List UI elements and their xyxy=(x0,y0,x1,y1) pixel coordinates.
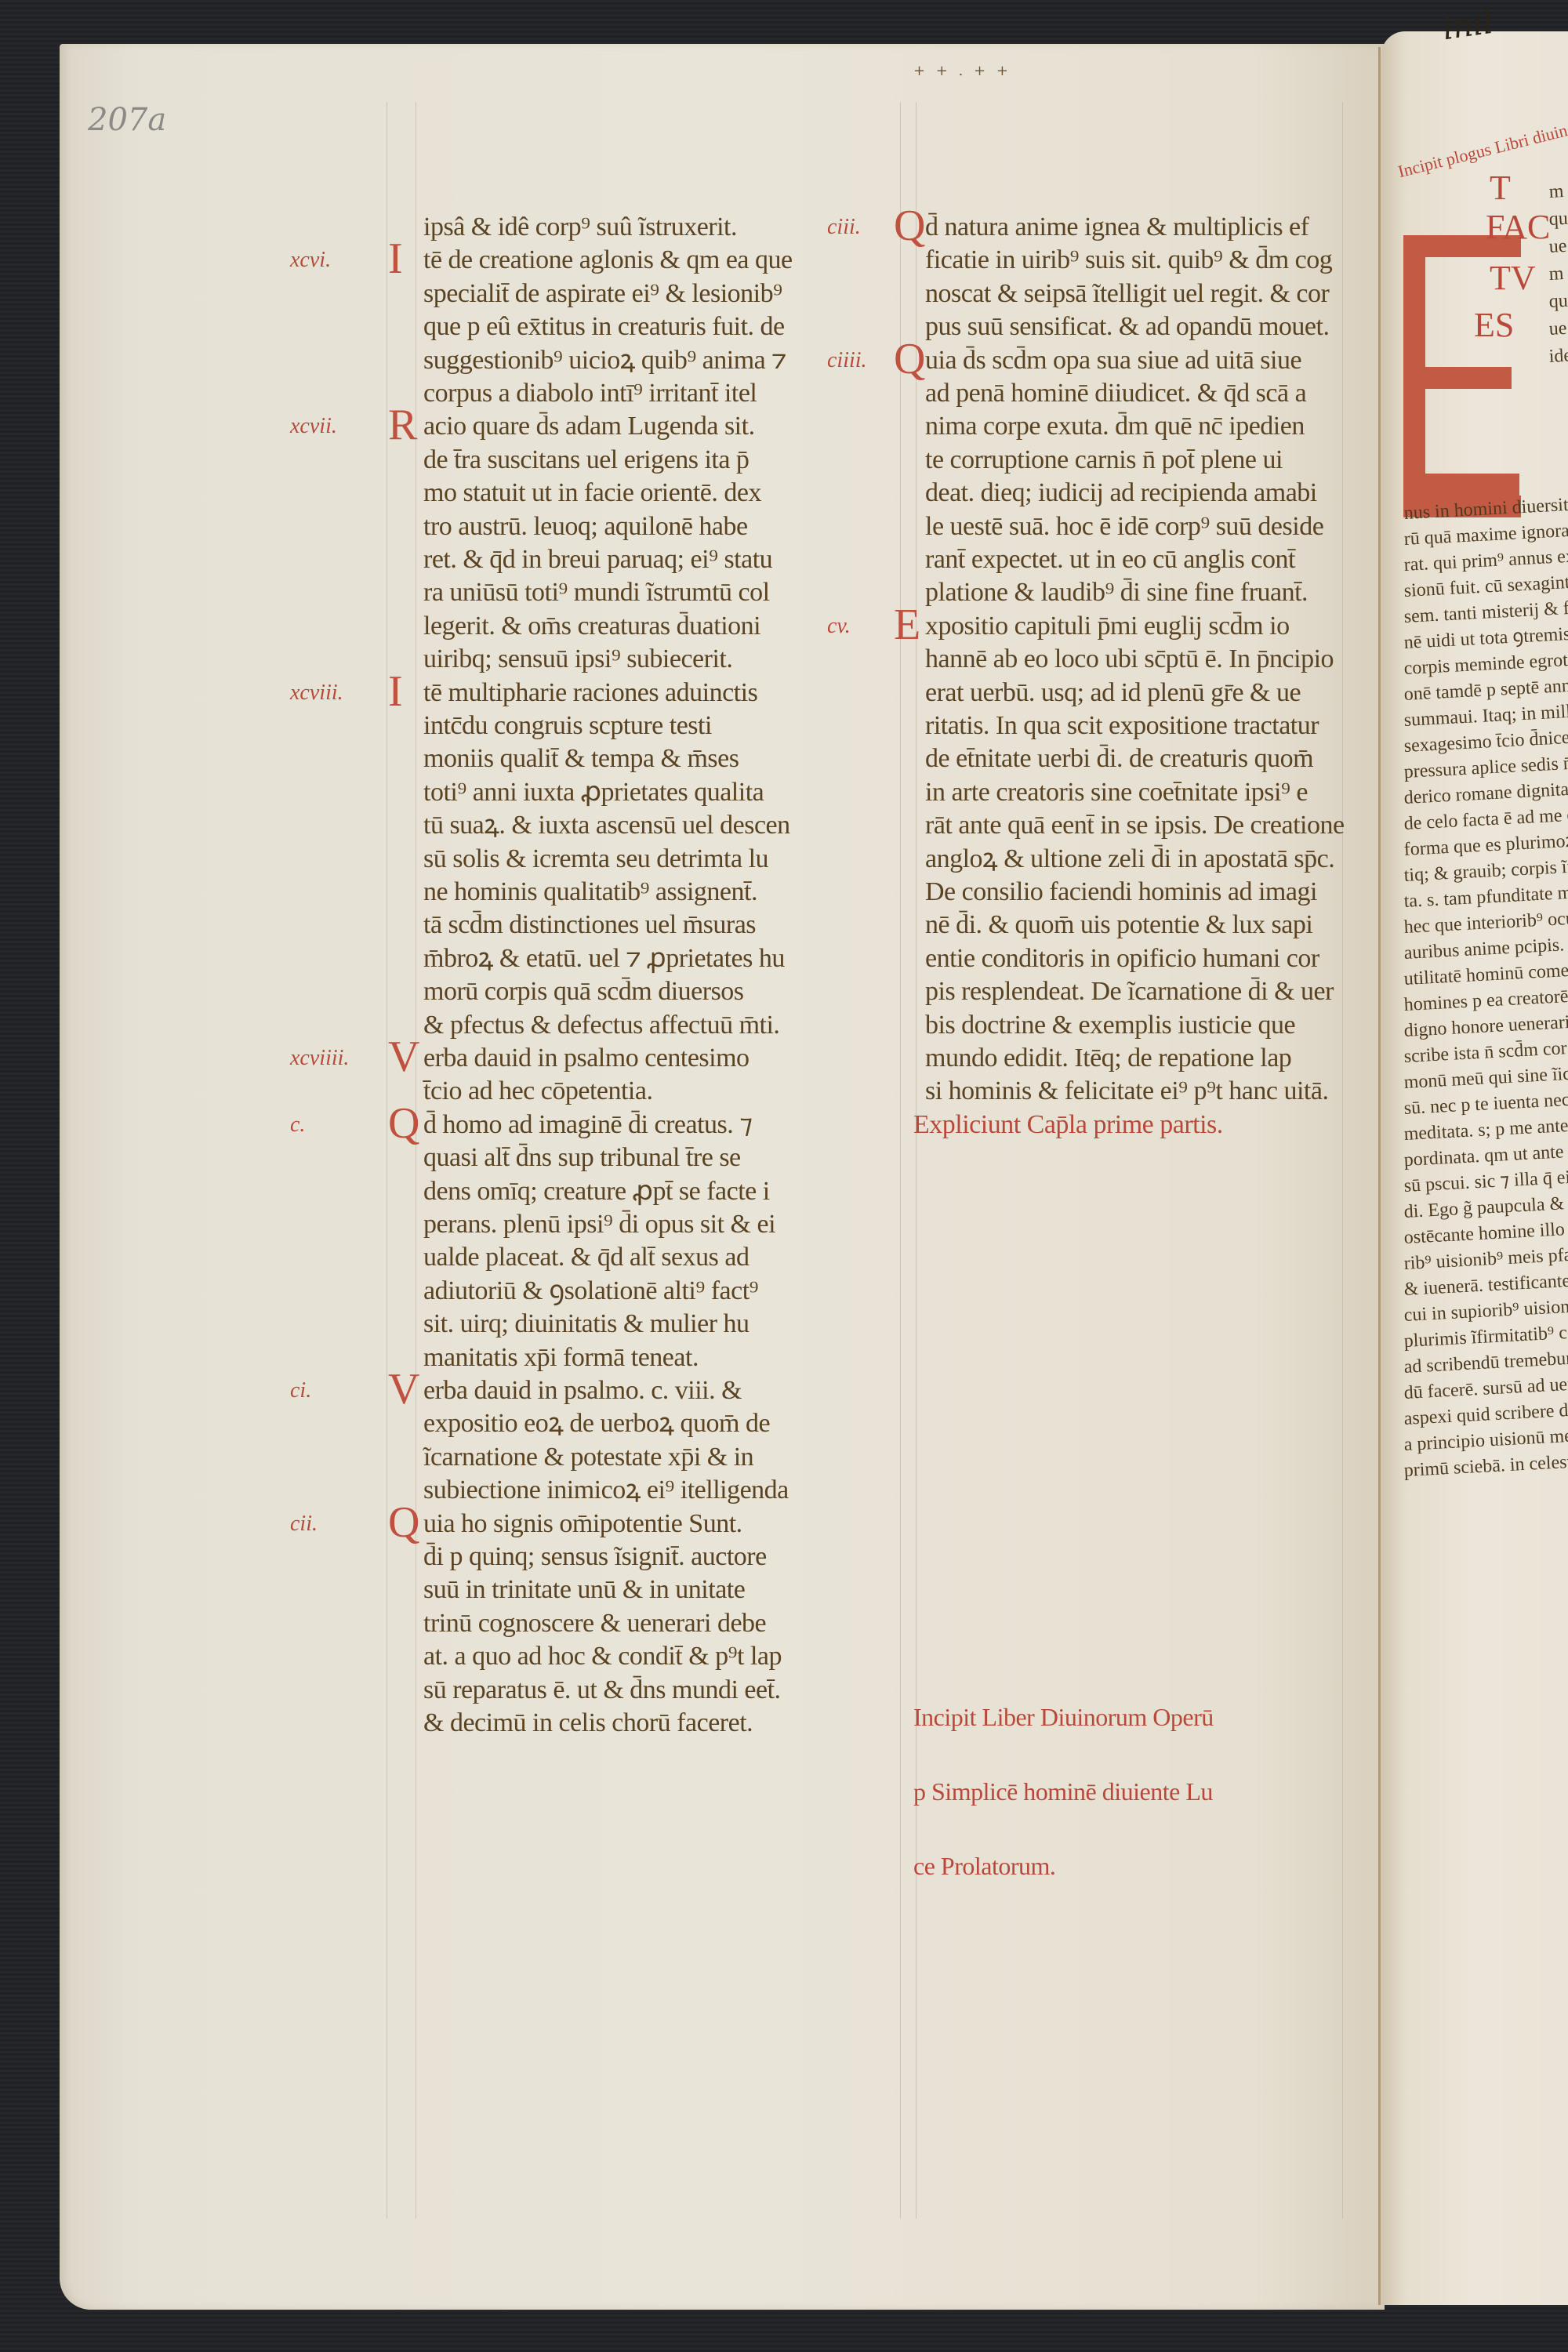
text-line: in arte creatoris sine coet̄nitate ipsi⁹… xyxy=(925,777,1308,808)
text-line: legerit. & om̄s creaturas d̄uationi xyxy=(423,611,760,642)
text-line: ualde placeat. & q̄d alt̄ sexus ad xyxy=(423,1242,749,1273)
rubric-initial: Q xyxy=(388,1501,419,1544)
text-line: uiribq; sensuū ipsi⁹ subiecerit. xyxy=(423,644,732,675)
chapter-number: c. xyxy=(290,1112,305,1138)
text-line: ficatie in uirib⁹ suis sit. quib⁹ & d̄m … xyxy=(925,245,1332,276)
text-line: nima corpe exuta. d̄m quē nc̄ ipedien xyxy=(925,411,1305,442)
text-line: sū solis & icremta seu detrimta lu xyxy=(423,844,768,875)
chapter-number: xcviiii. xyxy=(290,1046,349,1071)
rubric-initial: R xyxy=(388,403,417,447)
text-line: moniis qualit̄ & tempa & m̄ses xyxy=(423,743,739,775)
text-line: suū in trinitate unū & in unitate xyxy=(423,1574,745,1606)
text-line: entie conditoris in opificio humani cor xyxy=(925,943,1319,975)
display-letters: T xyxy=(1490,169,1511,208)
ruling-line xyxy=(900,102,901,2219)
display-letters: ES xyxy=(1474,306,1514,345)
top-margin-mark: + + . + + xyxy=(913,63,1011,79)
text-line: trinū cognoscere & uenerari debe xyxy=(423,1608,766,1639)
incipit-rubric: ce Prolatorum. xyxy=(913,1850,1055,1882)
right-page-line: m xyxy=(1548,180,1564,204)
text-line: rant̄ expectet. ut in eo cū anglis cont̄ xyxy=(925,544,1295,575)
book-gutter xyxy=(1378,47,1381,2305)
explicit-rubric: Expliciunt Cap̄la prime partis. xyxy=(913,1109,1223,1141)
text-line: pis resplendeat. De ĩcarnatione d̄i & ue… xyxy=(925,976,1334,1007)
text-line: intc̄du congruis scpture testi xyxy=(423,710,712,742)
text-line: angloꝝ & ultione zeli d̄i in apostatā sp… xyxy=(925,844,1334,875)
text-line: le uestē suā. hoc ē idē corp⁹ suū deside xyxy=(925,511,1323,543)
right-page-line: ue xyxy=(1548,317,1567,341)
text-line: d̄i p quinq; sensus ĩsignit̄. auctore xyxy=(423,1541,767,1573)
text-line: at. a quo ad hoc & condit̄ & p⁹t lap xyxy=(423,1641,782,1672)
text-line: m̄broꝝ & etatū. uel ⁊ ꝓprietates hu xyxy=(423,943,785,975)
text-line: de et̄nitate uerbi d̄i. de creaturis quo… xyxy=(925,743,1313,775)
text-line: dens omīq; creature ꝓpt̄ se facte i xyxy=(423,1176,770,1207)
text-line: tē multipharie raciones aduinctis xyxy=(423,677,757,709)
text-line: & decimū in celis chorū faceret. xyxy=(423,1708,753,1739)
text-line: sit. uirq; diuinitatis & mulier hu xyxy=(423,1308,750,1340)
rubric-initial: I xyxy=(388,670,403,713)
right-page-line: ue xyxy=(1548,234,1567,259)
text-line: & pfectus & defectus affectuū m̄ti. xyxy=(423,1010,779,1041)
right-page-line: ide xyxy=(1548,343,1568,368)
text-line: deat. dieq; iudicij ad recipienda amabi xyxy=(925,477,1317,509)
text-line: ad penā hominē diiudicet. & q̄d scā a xyxy=(925,378,1306,409)
text-line: noscat & seipsā ĩtelligit uel regit. & c… xyxy=(925,278,1329,310)
text-line: expositio eoꝝ de uerboꝝ quom̄ de xyxy=(423,1408,770,1439)
text-line: tā scd̄m distinctiones uel m̄suras xyxy=(423,909,756,941)
chapter-number: cii. xyxy=(290,1512,318,1537)
text-line: ra uniūsū toti⁹ mundi ĩstrumtū col xyxy=(423,577,770,608)
rubric-initial: V xyxy=(388,1035,419,1079)
rubric-initial: I xyxy=(388,237,403,281)
text-line: te corruptione carnis n̄ pot̄ plene ui xyxy=(925,445,1283,476)
text-line: d̄ homo ad imaginē d̄i creatus. ⁊ xyxy=(423,1109,753,1141)
text-line: ritatis. In qua scit expositione tractat… xyxy=(925,710,1319,742)
folio-number: 207a xyxy=(88,102,166,138)
right-page-line: qu xyxy=(1548,207,1568,231)
ruling-line xyxy=(387,102,387,2219)
right-page-line: m xyxy=(1548,262,1564,286)
rubric-initial: Q xyxy=(388,1102,419,1145)
text-line: ipsâ & idê corp⁹ suû ĩstruxerit. xyxy=(423,212,737,243)
rubric-initial: E xyxy=(894,603,920,647)
text-line: xpositio capituli p̄mi euglij scd̄m io xyxy=(925,611,1290,642)
chapter-number: cv. xyxy=(827,614,851,639)
display-letters: FAC xyxy=(1486,208,1550,247)
text-line: erba dauid in psalmo centesimo xyxy=(423,1043,750,1074)
text-line: sū reparatus ē. ut & d̄ns mundi eet̄. xyxy=(423,1675,781,1706)
text-line: erba dauid in psalmo. c. viii. & xyxy=(423,1375,742,1406)
text-line: quasi alt̄ d̄ns sup tribunal t̄re se xyxy=(423,1142,741,1174)
display-letters: TV xyxy=(1490,259,1536,298)
chapter-number: xcvi. xyxy=(290,248,331,273)
right-page-line: qu xyxy=(1548,289,1568,314)
text-line: platione & laudib⁹ d̄i sine fine fruant̄… xyxy=(925,577,1308,608)
pencil-note: inil xyxy=(1440,5,1495,47)
text-line: pus suū sensificat. & ad opandū mouet. xyxy=(925,311,1329,343)
rubric-initial: Q xyxy=(894,337,925,381)
text-line: tū suaꝝ. & iuxta ascensū uel descen xyxy=(423,810,790,841)
chapter-number: xcvii. xyxy=(290,414,337,439)
ruling-line xyxy=(1342,102,1343,2219)
text-line: morū corpis quā scd̄m diuersos xyxy=(423,976,744,1007)
text-line: nē d̄i. & quom̄ uis potentie & lux sapi xyxy=(925,909,1312,941)
text-line: que p eû ex̄titus in creaturis fuit. de xyxy=(423,311,785,343)
chapter-number: ciii. xyxy=(827,215,861,240)
chapter-number: ci. xyxy=(290,1378,311,1403)
text-line: ne hominis qualitatib⁹ assignent̄. xyxy=(423,877,757,908)
text-line: t̄cio ad hec cōpetentia. xyxy=(423,1076,652,1107)
text-line: rāt ante quā eent̄ in se ipsis. De creat… xyxy=(925,810,1345,841)
text-line: tro austrū. leuoq; aquilonē habe xyxy=(423,511,748,543)
rubric-initial: Q xyxy=(894,204,925,248)
text-line: de t̄ra suscitans uel erigens ita p̄ xyxy=(423,445,749,476)
text-line: specialit̄ de aspirate ei⁹ & lesionib⁹ xyxy=(423,278,782,310)
chapter-number: ciiii. xyxy=(827,348,867,373)
text-line: corpus a diabolo intī⁹ irritant̄ itel xyxy=(423,378,757,409)
text-line: De consilio faciendi hominis ad imagi xyxy=(925,877,1317,908)
text-line: uia ho signis om̄ipotentie Sunt. xyxy=(423,1508,742,1540)
rubric-initial: V xyxy=(388,1367,419,1411)
chapter-number: xcviii. xyxy=(290,681,343,706)
text-line: uia d̄s scd̄m opa sua siue ad uitā siue xyxy=(925,345,1301,376)
text-line: hannē ab eo loco ubi sc̄ptū ē. In p̄ncip… xyxy=(925,644,1334,675)
text-line: ret. & q̄d in breui paruaq; ei⁹ statu xyxy=(423,544,772,575)
text-line: d̄ natura anime ignea & multiplicis ef xyxy=(925,212,1308,243)
text-line: suggestionib⁹ uicioꝝ quib⁹ anima ⁊ xyxy=(423,345,786,376)
ruling-line xyxy=(916,102,916,2219)
text-line: adiutoriū & ꝯsolationē alti⁹ fact⁹ xyxy=(423,1276,758,1307)
text-line: acio quare d̄s adam Lugenda sit. xyxy=(423,411,755,442)
text-line: ĩcarnatione & potestate xp̄i & in xyxy=(423,1442,753,1473)
text-line: bis doctrine & exemplis iusticie que xyxy=(925,1010,1295,1041)
incipit-rubric: p Simplicē hominē diuiente Lu xyxy=(913,1776,1213,1807)
text-line: erat uerbū. usq; ad id plenū gr̄e & ue xyxy=(925,677,1301,709)
text-line: mo statuit ut in facie orientē. dex xyxy=(423,477,761,509)
text-line: perans. plenū ipsi⁹ d̄i opus sit & ei xyxy=(423,1209,775,1240)
text-line: mundo edidit. Itēq; de repatione lap xyxy=(925,1043,1291,1074)
text-line: si hominis & felicitate ei⁹ p⁹t hanc uit… xyxy=(925,1076,1328,1107)
text-line: toti⁹ anni iuxta ꝓprietates qualita xyxy=(423,777,764,808)
text-line: tē de creatione aglonis & qm ea que xyxy=(423,245,793,276)
text-line: manitatis xp̄i formā teneat. xyxy=(423,1342,699,1374)
text-line: subiectione inimicoꝝ ei⁹ itelligenda xyxy=(423,1475,789,1506)
incipit-rubric: Incipit Liber Diuinorum Operū xyxy=(913,1701,1214,1733)
